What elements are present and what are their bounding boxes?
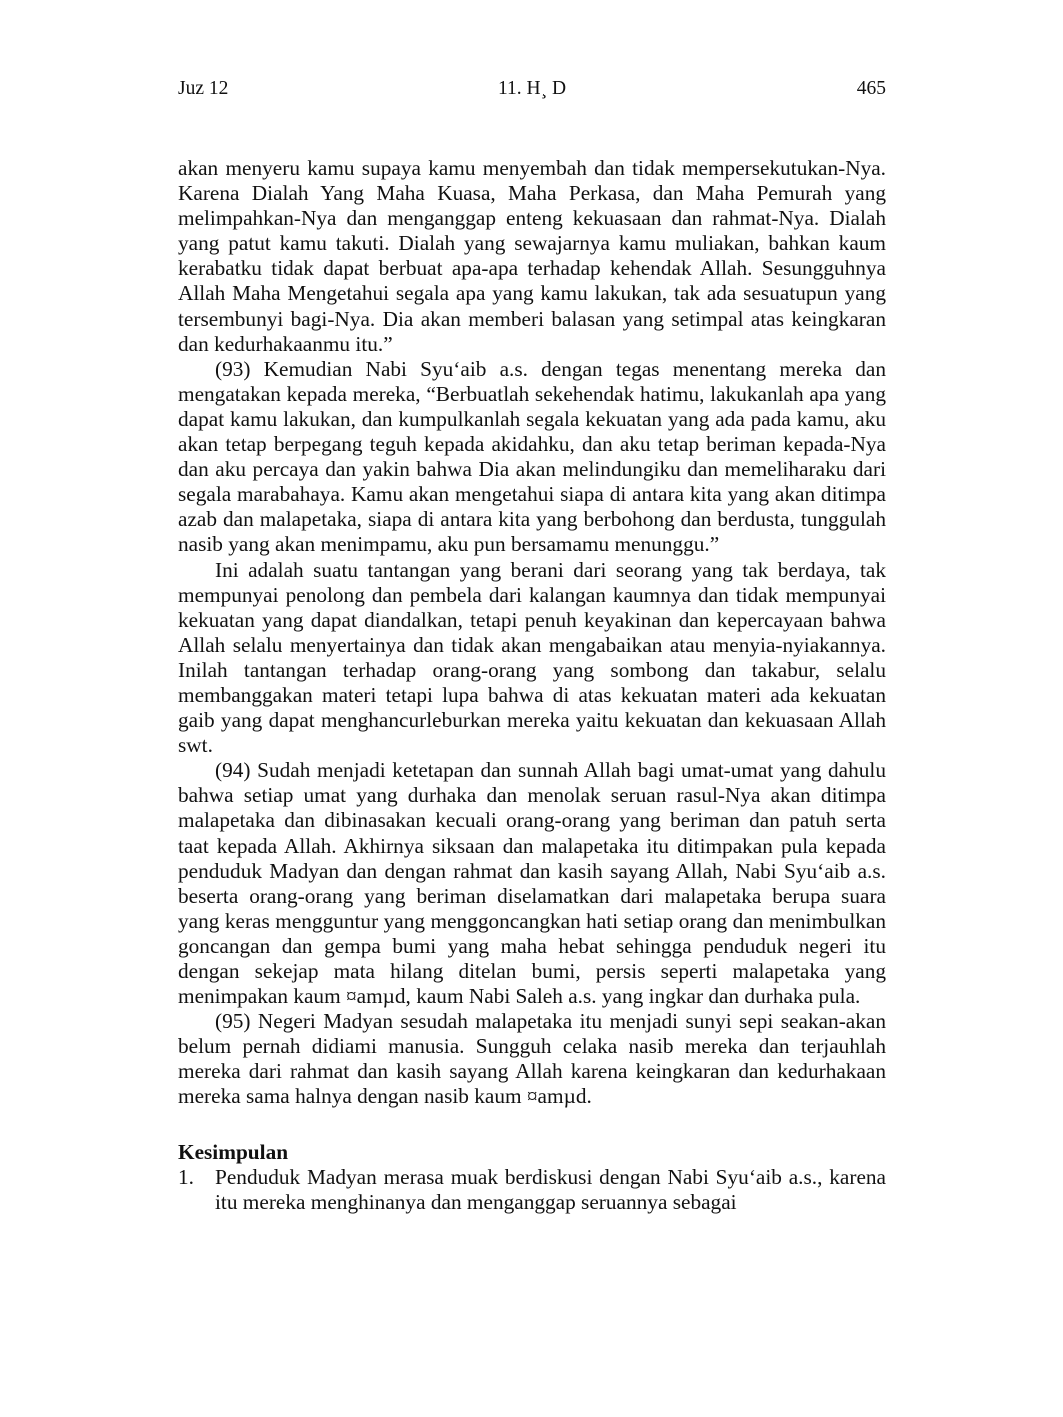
paragraph-continuation: akan menyeru kamu supaya kamu menyembah …	[178, 156, 886, 357]
conclusion-list: 1. Penduduk Madyan merasa muak berdiskus…	[178, 1165, 886, 1215]
surah-title: 11. H¸ D	[178, 76, 886, 102]
list-item-text: Penduduk Madyan merasa muak berdiskusi d…	[215, 1165, 886, 1215]
section-heading-kesimpulan: Kesimpulan	[178, 1140, 886, 1165]
list-item-number: 1.	[178, 1165, 194, 1190]
running-header: Juz 12 11. H¸ D 465	[178, 76, 886, 102]
paragraph-verse-94: (94) Sudah menjadi ketetapan dan sunnah …	[178, 758, 886, 1009]
page-number: 465	[857, 76, 886, 102]
paragraph-verse-93: (93) Kemudian Nabi Syu‘aib a.s. dengan t…	[178, 357, 886, 558]
page-body: akan menyeru kamu supaya kamu menyembah …	[178, 156, 886, 1215]
paragraph-verse-95: (95) Negeri Madyan sesudah malapetaka it…	[178, 1009, 886, 1109]
list-item: 1. Penduduk Madyan merasa muak berdiskus…	[178, 1165, 886, 1215]
paragraph-commentary: Ini adalah suatu tantangan yang berani d…	[178, 558, 886, 759]
